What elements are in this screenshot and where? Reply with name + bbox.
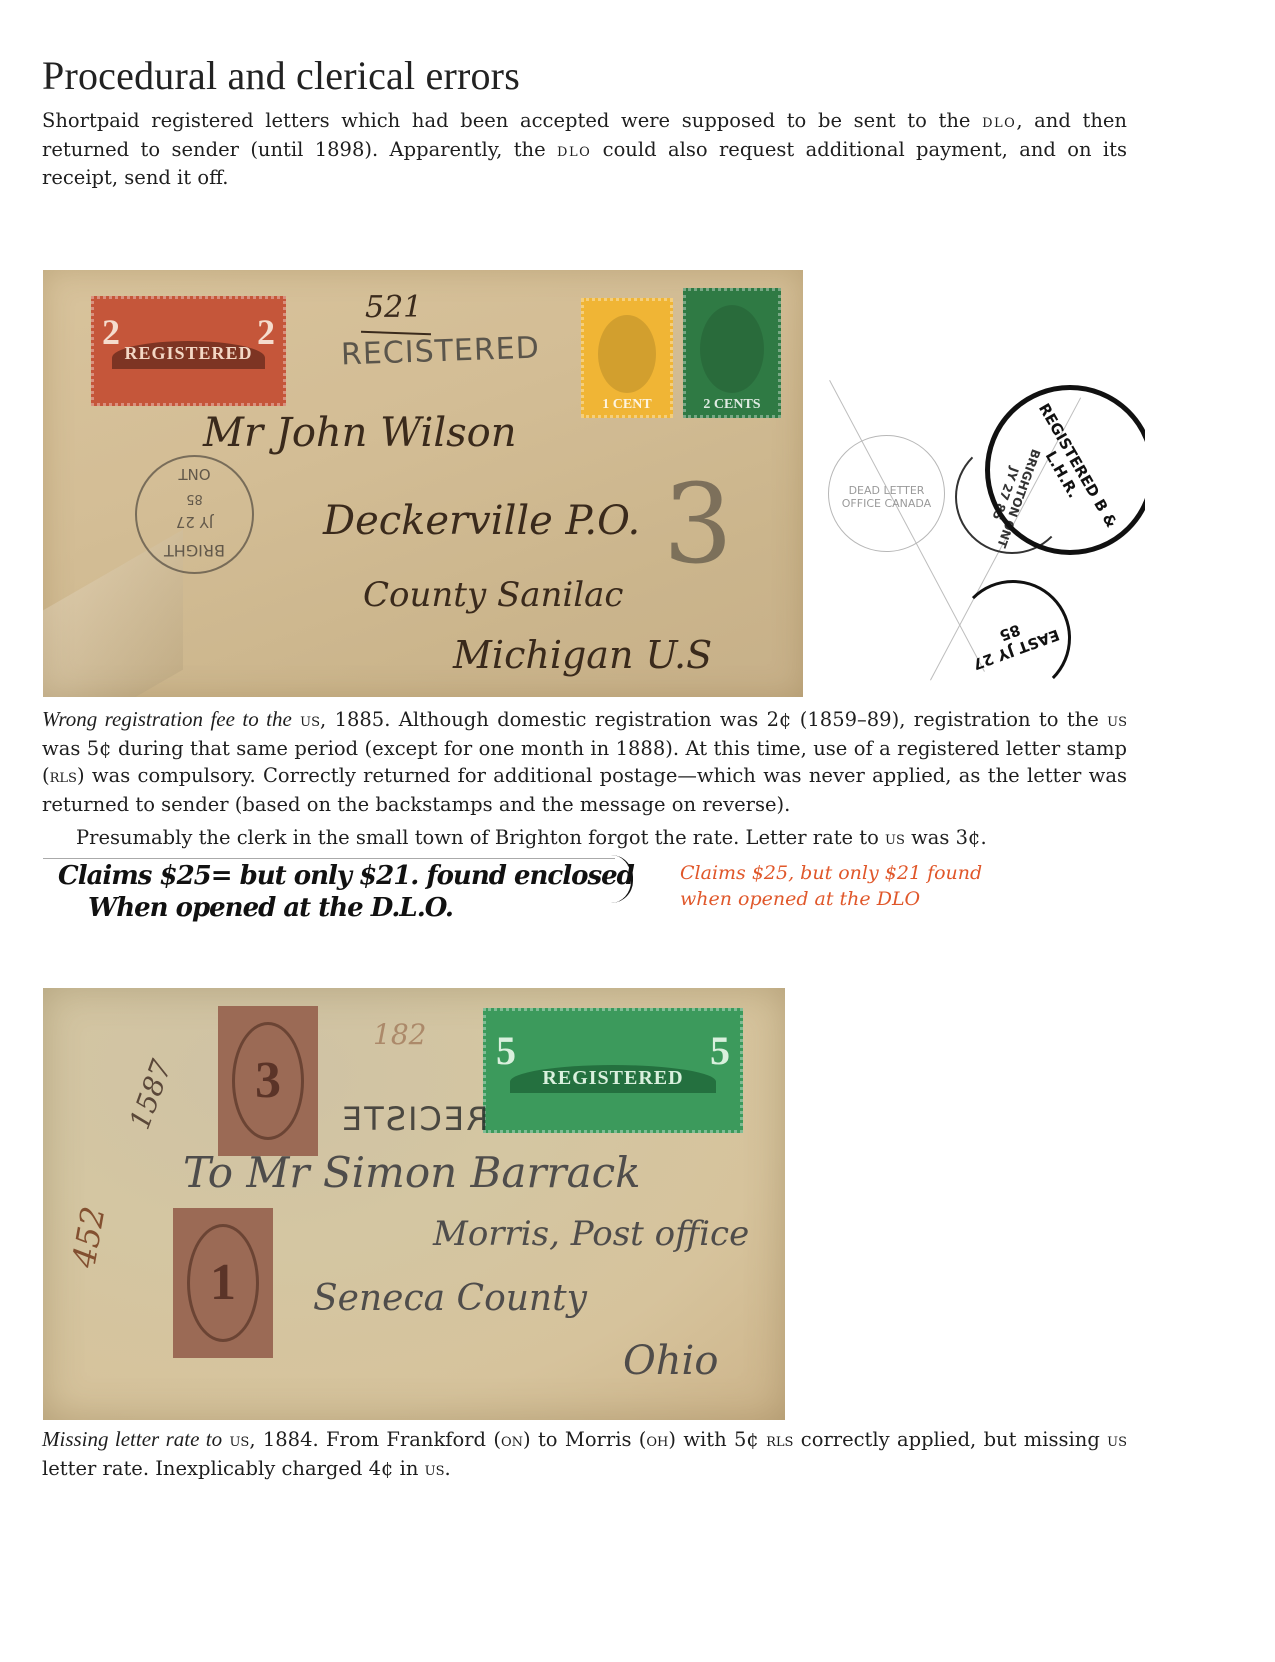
abbr-us: US: [885, 828, 905, 849]
caption-text: ) to Morris (: [523, 1428, 646, 1451]
docket-number: 182: [373, 1018, 426, 1051]
abbr-us: US: [425, 1459, 445, 1480]
intro-text: Shortpaid registered letters which had b…: [42, 109, 982, 132]
page-title: Procedural and clerical errors: [42, 52, 520, 99]
small-queen-1c-stamp: 1 CENT: [581, 298, 673, 418]
transcription-line: Claims $25, but only $21 found: [680, 862, 982, 884]
stamp-label: REGISTERED: [486, 1067, 740, 1090]
abbr-rls: RLS: [50, 766, 77, 787]
transcription-line: when opened at the DLO: [680, 888, 920, 910]
stamp-label: REGISTERED: [94, 343, 283, 364]
abbr-us: US: [229, 1430, 249, 1451]
us-postage-due-3c-stamp: 3: [218, 1006, 318, 1156]
docket-number: 1587: [123, 1055, 178, 1133]
postmark-town: BRIGHT: [137, 541, 252, 560]
registered-letter-stamp-2c: 2 2 REGISTERED: [91, 296, 286, 406]
stamp-label: 1 CENT: [584, 397, 670, 413]
registered-letter-stamp-5c: 5 5 REGISTERED: [483, 1008, 743, 1133]
paper-edge: [43, 858, 615, 859]
backstamp-text: EAST JY 27 85: [955, 605, 1071, 676]
stamp-value: 3: [218, 1051, 318, 1110]
caption-1885: Wrong registration fee to the US, 1885. …: [42, 706, 1127, 818]
caption-text: correctly applied, but missing: [793, 1428, 1107, 1451]
postmark-date: JY 27: [137, 513, 252, 531]
caption-text: was 3¢.: [905, 826, 987, 849]
caption-lead: Wrong registration fee to the: [42, 707, 292, 731]
address-line: To Mr Simon Barrack: [183, 1148, 641, 1197]
caption-text: , 1885. Although domestic registration w…: [320, 708, 1107, 731]
abbr-us: US: [1107, 710, 1127, 731]
address-line: Mr John Wilson: [203, 410, 517, 456]
cover-image-1885: 2 2 REGISTERED 1 CENT 2 CENTS 521 RECIST…: [43, 270, 803, 697]
postmark-province: ONT: [137, 465, 252, 483]
handwritten-line: When opened at the D.L.O.: [88, 893, 453, 923]
address-line: County Sanilac: [363, 575, 623, 615]
rate-marking: 3: [663, 460, 733, 588]
small-queen-2c-stamp: 2 CENTS: [683, 288, 781, 418]
caption-text: Presumably the clerk in the small town o…: [76, 826, 885, 849]
abbr-oh: OH: [646, 1430, 668, 1451]
east-receiving-backstamp: EAST JY 27 85: [955, 580, 1071, 690]
stamp-value: 1: [173, 1253, 273, 1312]
postmark-year: 85: [137, 491, 252, 506]
stamp-label: 2 CENTS: [686, 397, 778, 413]
abbr-us: US: [300, 710, 320, 731]
caption-lead: Missing letter rate to: [42, 1427, 222, 1451]
abbr-rls: RLS: [766, 1430, 793, 1451]
docket-number: 452: [65, 1204, 113, 1271]
queen-portrait-icon: [700, 305, 764, 393]
abbr-on: ON: [501, 1430, 523, 1451]
handwritten-note-image: Claims $25= but only $21. found enclosed…: [43, 855, 635, 935]
registered-handstamp: RECISTERED: [340, 331, 540, 373]
address-line: Michigan U.S: [453, 633, 712, 677]
caption-1885-continued: Presumably the clerk in the small town o…: [42, 824, 1127, 853]
caption-text: , 1884. From Frankford (: [249, 1428, 501, 1451]
backstamp-text: REGISTERED B & L.H.R.: [1014, 392, 1125, 549]
registered-railway-backstamp: REGISTERED B & L.H.R.: [985, 385, 1145, 555]
abbr-dlo: DLO: [557, 140, 591, 161]
caption-text: .: [444, 1457, 450, 1480]
registered-handstamp-mirrored: RECISTE: [340, 1100, 488, 1138]
address-line: Deckerville P.O.: [323, 498, 640, 544]
note-transcription: Claims $25, but only $21 found when open…: [680, 860, 982, 912]
backstamps-image: DEAD LETTER OFFICE CANADA BRIGHTON ONT J…: [820, 380, 1145, 690]
address-line: Seneca County: [313, 1278, 587, 1319]
handwritten-line: Claims $25= but only $21. found enclosed: [58, 861, 634, 891]
caption-text: ) was compulsory. Correctly returned for…: [42, 764, 1127, 816]
brighton-postmark: ONT 85 JY 27 BRIGHT: [135, 455, 254, 574]
caption-text: letter rate. Inexplicably charged 4¢ in: [42, 1457, 425, 1480]
us-postage-due-1c-stamp: 1: [173, 1208, 273, 1358]
abbr-dlo: DLO: [982, 111, 1016, 132]
abbr-us: US: [1107, 1430, 1127, 1451]
caption-1884: Missing letter rate to US, 1884. From Fr…: [42, 1426, 1127, 1483]
docket-number: 521: [365, 290, 422, 325]
dead-letter-office-backstamp: DEAD LETTER OFFICE CANADA: [828, 435, 945, 552]
queen-portrait-icon: [598, 315, 656, 393]
address-line: Morris, Post office: [433, 1214, 749, 1254]
intro-paragraph: Shortpaid registered letters which had b…: [42, 107, 1127, 192]
backstamp-text: DEAD LETTER OFFICE CANADA: [829, 484, 944, 510]
cover-image-1884: 3 1 5 5 REGISTERED RECISTE 1587 452 182 …: [43, 988, 785, 1420]
address-line: Ohio: [623, 1338, 718, 1384]
caption-text: ) with 5¢: [668, 1428, 766, 1451]
